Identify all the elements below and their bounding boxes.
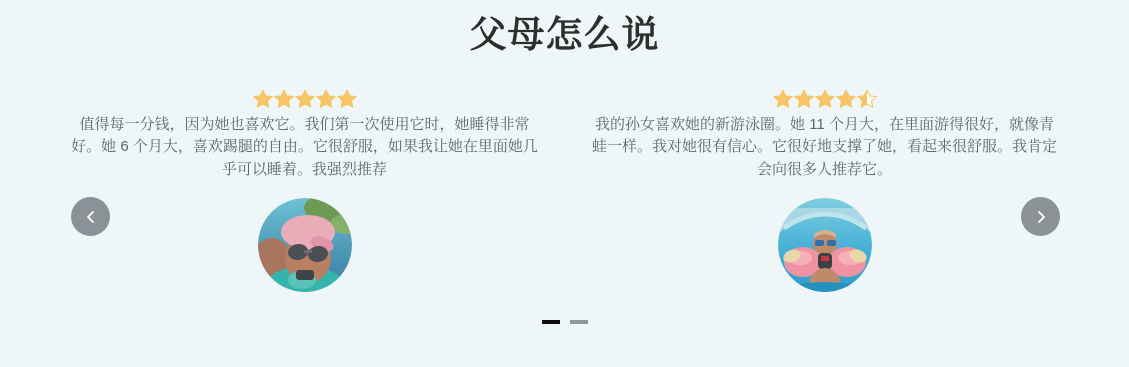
star-rating: [590, 88, 1060, 110]
testimonials-section: 父母怎么说 值得每一分钱，因为她也喜欢它。我们第一次使用它时，她睡得非常好。她 …: [0, 0, 1129, 367]
star-icon: [295, 89, 315, 109]
page-title: 父母怎么说: [0, 0, 1129, 57]
testimonial-card: 我的孙女喜欢她的新游泳圈。她 11 个月大，在里面游得很好，就像青蛙一样。我对她…: [590, 88, 1060, 293]
baby-pink-float-photo: [778, 198, 872, 292]
carousel-prev-button[interactable]: [71, 197, 110, 236]
review-text: 值得每一分钱，因为她也喜欢它。我们第一次使用它时，她睡得非常好。她 6 个月大，…: [70, 114, 540, 182]
carousel-dot-2[interactable]: [570, 320, 588, 324]
star-icon: [815, 89, 835, 109]
star-icon: [316, 89, 336, 109]
baby-pink-hat-photo: [258, 198, 352, 292]
chevron-left-icon: [84, 210, 98, 224]
star-icon: [274, 89, 294, 109]
testimonial-card: 值得每一分钱，因为她也喜欢它。我们第一次使用它时，她睡得非常好。她 6 个月大，…: [70, 88, 540, 293]
star-icon: [253, 89, 273, 109]
star-rating: [70, 88, 540, 110]
reviewer-avatar: [778, 198, 872, 292]
chevron-right-icon: [1034, 210, 1048, 224]
testimonial-carousel: 值得每一分钱，因为她也喜欢它。我们第一次使用它时，她睡得非常好。她 6 个月大，…: [0, 88, 1129, 293]
star-icon: [857, 89, 877, 109]
star-icon: [773, 89, 793, 109]
carousel-dots: [0, 320, 1129, 324]
reviewer-avatar: [258, 198, 352, 292]
star-icon: [794, 89, 814, 109]
review-text: 我的孙女喜欢她的新游泳圈。她 11 个月大，在里面游得很好，就像青蛙一样。我对她…: [590, 114, 1060, 182]
carousel-next-button[interactable]: [1021, 197, 1060, 236]
star-icon: [836, 89, 856, 109]
star-icon: [337, 89, 357, 109]
carousel-dot-1[interactable]: [542, 320, 560, 324]
